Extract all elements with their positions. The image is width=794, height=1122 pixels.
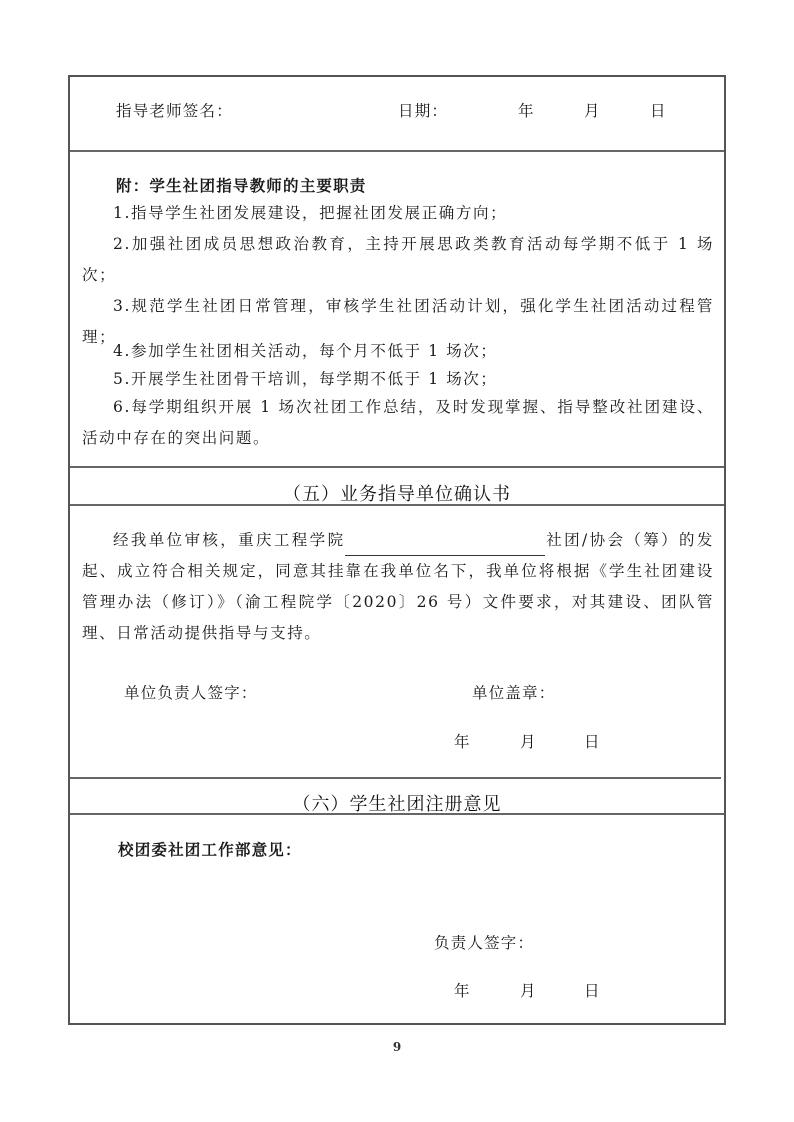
unit-seal-label: 单位盖章： (472, 683, 556, 703)
youth-league-opinion-label: 校团委社团工作部意见： (118, 840, 302, 860)
section5-date-day: 日 (584, 732, 601, 752)
row-divider (70, 466, 724, 468)
advisor-sign-label: 指导老师签名： (116, 101, 233, 121)
section6-date-year: 年 (454, 981, 471, 1001)
advisor-date-year: 年 (518, 101, 535, 121)
advisor-date-month: 月 (584, 101, 601, 121)
row-divider (70, 150, 724, 152)
duties-item-5: 5.开展学生社团骨干培训，每学期不低于 1 场次； (82, 364, 714, 395)
advisor-date-day: 日 (650, 101, 667, 121)
duties-item-1: 1.指导学生社团发展建设，把握社团发展正确方向； (82, 198, 714, 229)
section5-para-lead: 经我单位审核，重庆工程学院 (113, 531, 345, 549)
section5-title: （五）业务指导单位确认书 (70, 480, 724, 506)
section5-date-month: 月 (520, 732, 537, 752)
row-divider (70, 504, 724, 506)
row-divider (70, 813, 724, 815)
page-number: 9 (0, 1040, 794, 1054)
section5-date-year: 年 (454, 732, 471, 752)
section6-date-month: 月 (520, 981, 537, 1001)
duties-title: 附：学生社团指导教师的主要职责 (116, 176, 367, 196)
club-name-blank[interactable] (345, 538, 545, 556)
section5-paragraph: 经我单位审核，重庆工程学院社团/协会（筹）的发起、成立符合相关规定，同意其挂靠在… (82, 525, 714, 649)
duties-item-2: 2.加强社团成员思想政治教育，主持开展思政类教育活动每学期不低于 1 场次； (82, 229, 714, 291)
form-table: 指导老师签名： 日期： 年 月 日 附：学生社团指导教师的主要职责 1.指导学生… (68, 75, 726, 1025)
duties-item-4: 4.参加学生社团相关活动，每个月不低于 1 场次； (82, 336, 714, 367)
section6-sign-label: 负责人签字： (434, 933, 534, 953)
section6-date-day: 日 (584, 981, 601, 1001)
row-divider (70, 777, 721, 779)
unit-leader-sign-label: 单位负责人签字： (124, 683, 258, 703)
duties-item-6: 6.每学期组织开展 1 场次社团工作总结，及时发现掌握、指导整改社团建设、活动中… (82, 392, 714, 454)
advisor-date-label: 日期： (398, 101, 448, 121)
